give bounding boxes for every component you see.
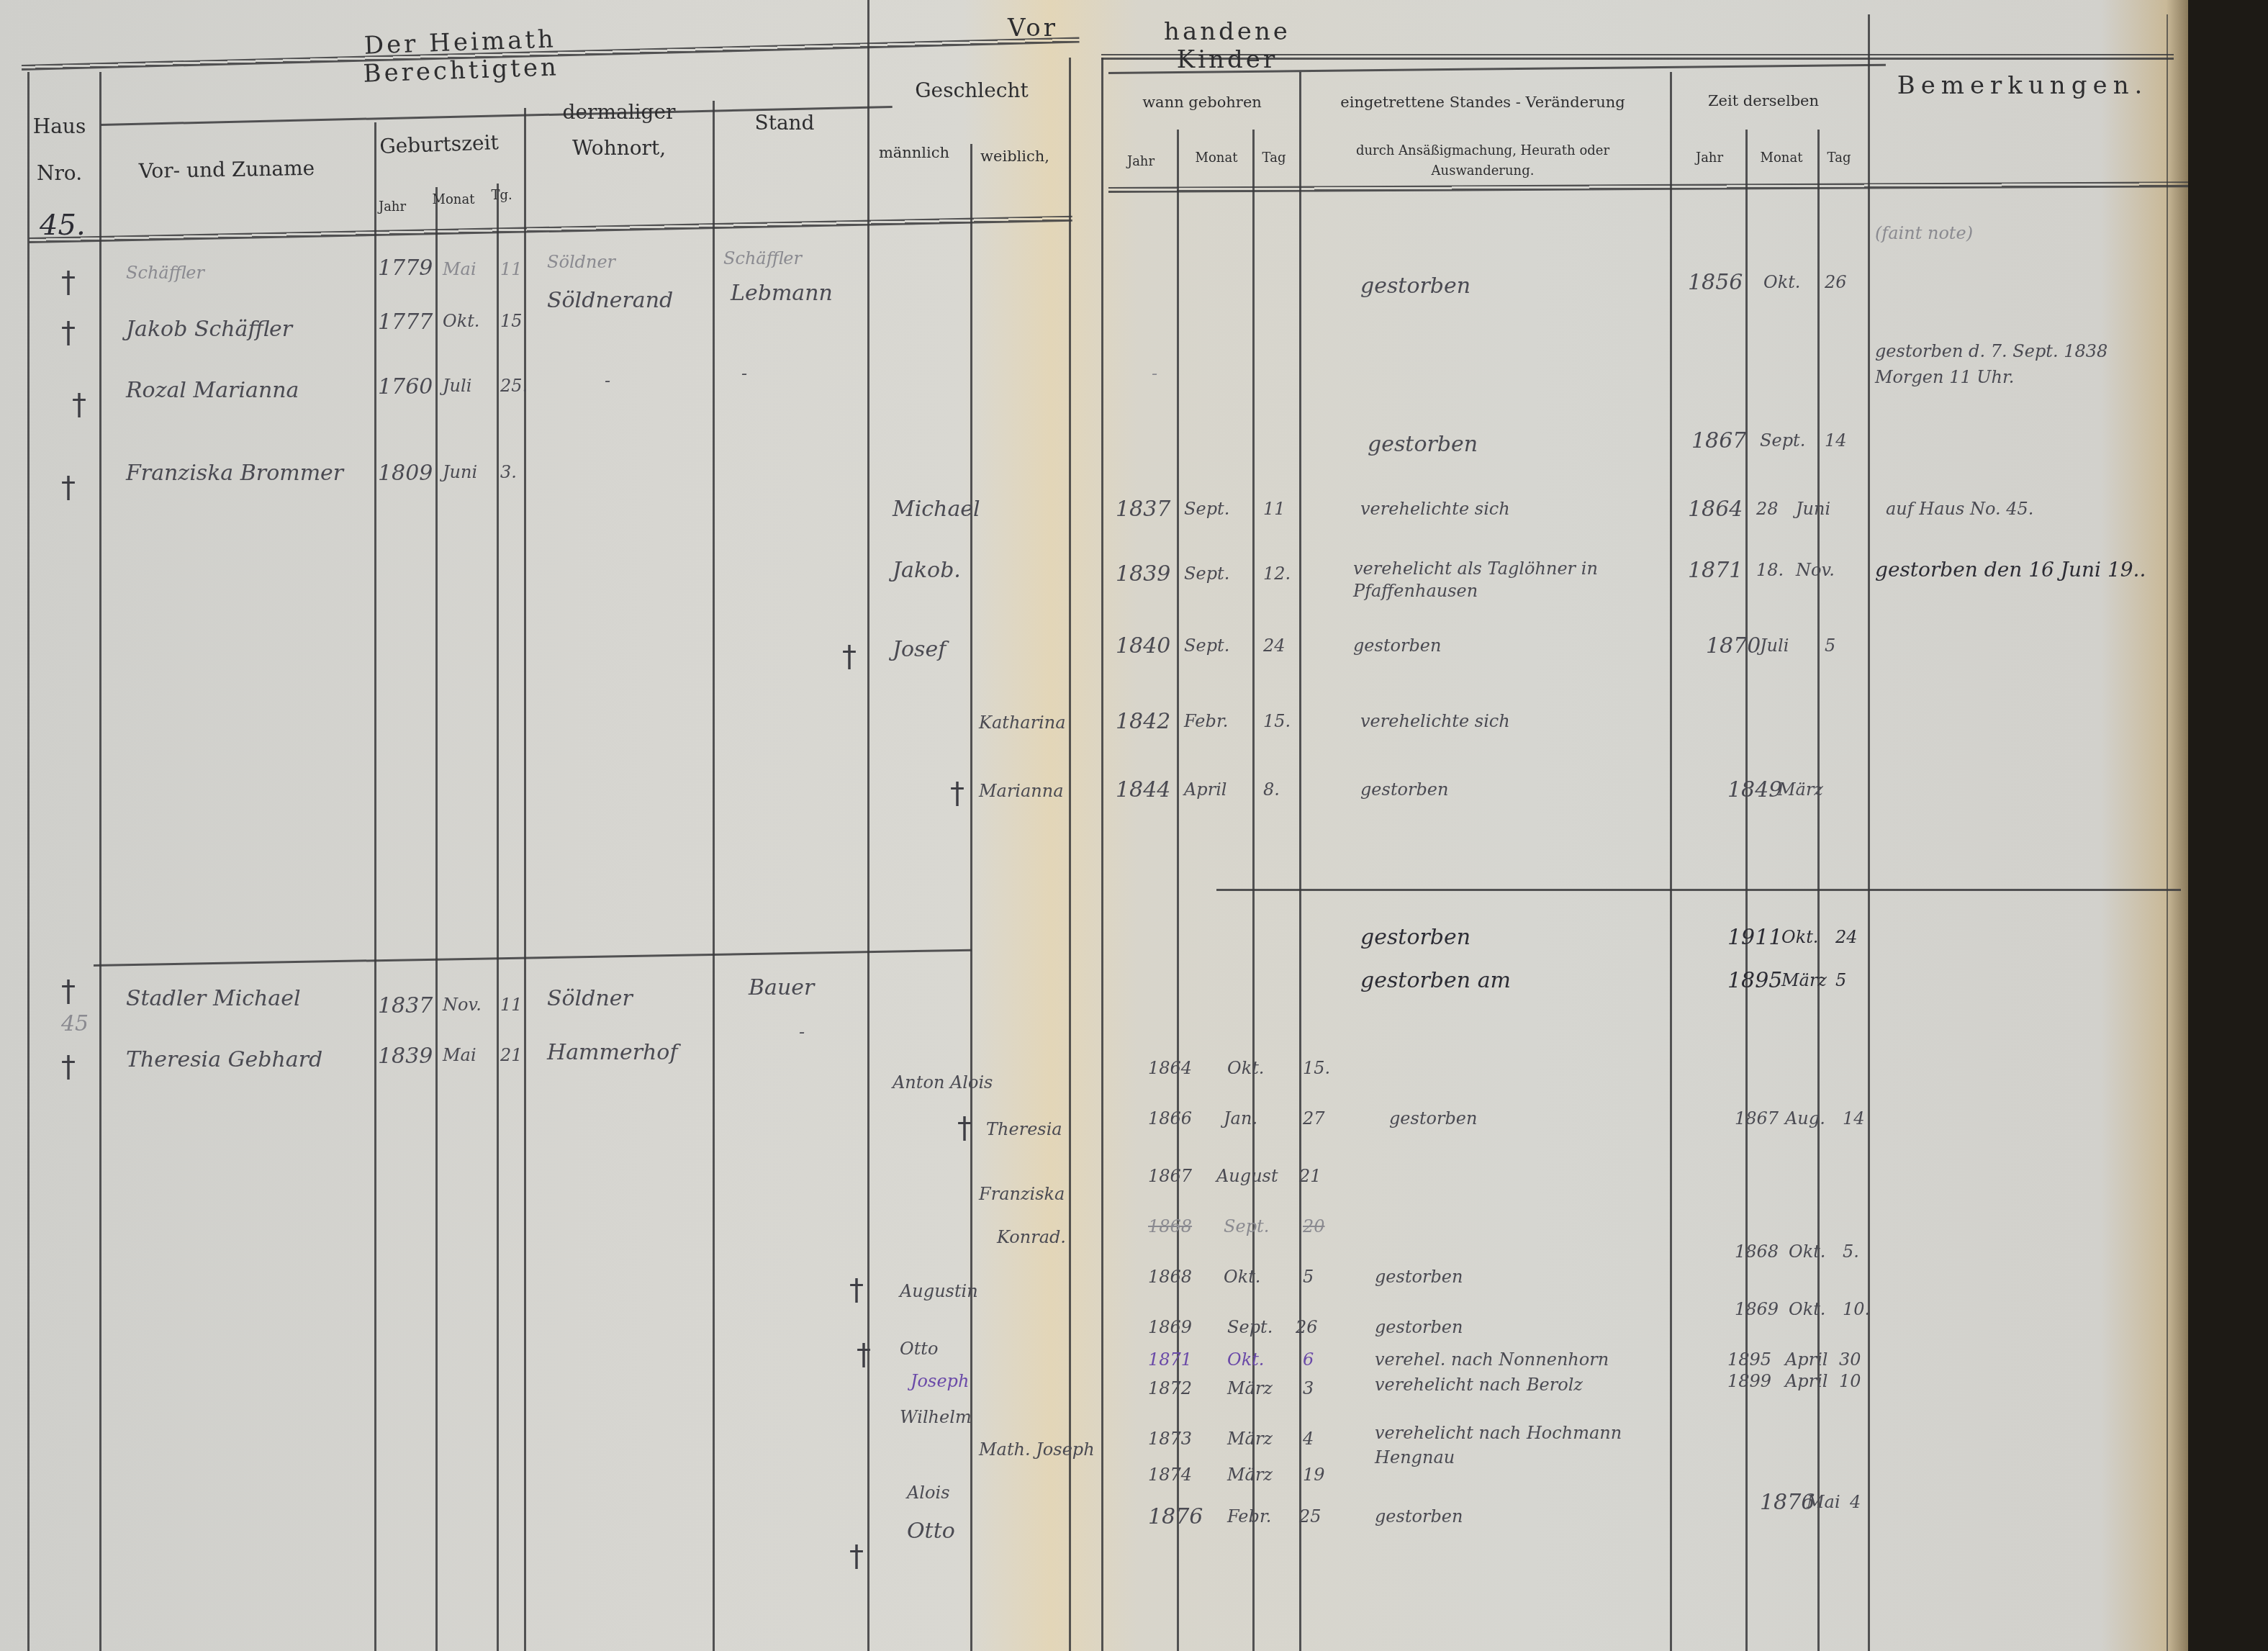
- header-bottom-rule: [29, 216, 1072, 243]
- child-name: Alois: [907, 1483, 949, 1503]
- col-birth-month: Monat: [425, 193, 482, 208]
- family-divider: [94, 949, 972, 967]
- change-text: -: [1152, 363, 1157, 384]
- child-change-month: Okt.: [1789, 1241, 1826, 1262]
- change-year: 1911: [1727, 925, 1782, 950]
- left-page: Der Heimath Berechtigten Vor Haus Nro. 4…: [0, 0, 1087, 1651]
- deceased-cross-icon: †: [61, 975, 76, 1008]
- entry-name: Jakob Schäffler: [126, 317, 292, 342]
- deceased-cross-icon: †: [849, 1274, 864, 1307]
- rule: [1868, 14, 1870, 1651]
- change-text: gestorben: [1368, 432, 1478, 457]
- entry-stand: -: [799, 1022, 805, 1042]
- child-day: 11: [1263, 499, 1286, 519]
- entry-residence: Hammerhof: [547, 1040, 678, 1065]
- change-month: Sept.: [1760, 430, 1805, 451]
- child-name: Marianna: [979, 781, 1064, 801]
- child-name: Joseph: [911, 1371, 969, 1391]
- deceased-cross-icon: †: [61, 317, 76, 350]
- entry-month: Mai: [443, 1045, 476, 1065]
- child-change: verehelicht nach Hochmann Hengnau: [1375, 1421, 1648, 1470]
- child-month: Jan.: [1224, 1108, 1257, 1128]
- rule: [27, 72, 30, 1651]
- child-change-day: 5: [1825, 635, 1835, 656]
- child-month: Okt.: [1224, 1267, 1261, 1287]
- entry-year: 1779: [378, 255, 433, 281]
- child-year: 1839: [1116, 561, 1170, 587]
- rule: [99, 72, 101, 1651]
- deceased-cross-icon: †: [857, 1339, 871, 1372]
- rule: [713, 101, 715, 1651]
- rule: [497, 184, 499, 1651]
- child-change-year: 1899: [1727, 1371, 1771, 1391]
- remark-text: (faint note): [1875, 223, 2149, 243]
- child-year: 1867: [1148, 1166, 1192, 1186]
- title-vor: Vor: [993, 14, 1072, 42]
- child-change-year: 1849: [1727, 777, 1782, 802]
- child-day: 24: [1263, 635, 1286, 656]
- col-geburtszeit: Geburtszeit: [360, 130, 519, 159]
- col-geschlecht: Geschlecht: [878, 79, 1065, 102]
- col-born: wann gebohren: [1105, 94, 1299, 111]
- child-month: Sept.: [1184, 635, 1229, 656]
- child-month: Febr.: [1227, 1506, 1271, 1526]
- child-day: 21: [1299, 1166, 1322, 1186]
- child-change-month: Aug.: [1785, 1108, 1825, 1128]
- child-change-day: 10: [1839, 1371, 1861, 1391]
- child-change-day: Juni: [1796, 499, 1830, 519]
- child-day: 20: [1303, 1216, 1325, 1236]
- col-time: Zeit derselben: [1670, 92, 1857, 109]
- child-month: Sept.: [1224, 1216, 1269, 1236]
- child-change: verehelichte sich: [1360, 499, 1510, 519]
- entry-stand: -: [741, 363, 747, 384]
- child-change-year: 1870: [1706, 633, 1761, 659]
- col-female: weiblich,: [968, 148, 1062, 165]
- entry-residence: Söldner: [547, 252, 615, 272]
- child-change: verehelicht nach Berolz: [1375, 1375, 1583, 1395]
- deceased-cross-icon: †: [72, 389, 86, 422]
- entry-residence: Söldnerand: [547, 288, 673, 313]
- entry-month: Okt.: [443, 311, 480, 331]
- change-month: März: [1781, 970, 1827, 990]
- rule: [1299, 72, 1301, 1651]
- child-name: Otto: [900, 1339, 938, 1359]
- child-change: verehel. nach Nonnenhorn: [1375, 1349, 1609, 1370]
- child-name: Anton Alois: [893, 1072, 993, 1093]
- change-year: 1867: [1691, 428, 1746, 453]
- col-t-month: Monat: [1745, 151, 1817, 166]
- entry-month: Juni: [443, 462, 477, 482]
- rule: [374, 122, 376, 1651]
- col-t-year: Jahr: [1673, 151, 1745, 166]
- child-year: 1869: [1148, 1317, 1192, 1337]
- child-change-year: 1869: [1735, 1299, 1779, 1319]
- family-divider: [1216, 889, 2181, 891]
- entry-year: 1837: [378, 993, 433, 1018]
- child-change-day: 4: [1850, 1492, 1861, 1512]
- title-heimath-berechtigten: Der Heimath Berechtigten: [273, 22, 649, 91]
- change-month: Okt.: [1763, 272, 1801, 292]
- child-name: Katharina: [979, 713, 1066, 733]
- deceased-cross-icon: †: [950, 777, 964, 810]
- register-book: Der Heimath Berechtigten Vor Haus Nro. 4…: [0, 0, 2188, 1651]
- child-change-month: 18.: [1756, 560, 1784, 580]
- change-text: gestorben: [1360, 273, 1470, 299]
- rule: [867, 0, 869, 1651]
- child-change-month: Mai: [1807, 1492, 1840, 1512]
- entry-year: 1760: [378, 374, 433, 399]
- entry-name: Rozal Marianna: [126, 378, 299, 403]
- child-day: 15.: [1263, 711, 1291, 731]
- entry-residence: Söldner: [547, 986, 633, 1011]
- child-month: August: [1216, 1166, 1278, 1186]
- child-change-day: 10.: [1843, 1299, 1870, 1319]
- change-day: 26: [1825, 272, 1847, 292]
- entry-house: 45: [61, 1011, 89, 1036]
- child-day: 5: [1303, 1267, 1314, 1287]
- house-number: 45.: [40, 209, 86, 242]
- entry-year: 1777: [378, 309, 433, 335]
- entry-year: 1809: [378, 461, 433, 486]
- col-change: eingetrettene Standes - Veränderung: [1303, 94, 1663, 111]
- child-change-year: 1864: [1688, 497, 1743, 522]
- remark-text: gestorben d. 7. Sept. 1838 Morgen 11 Uhr…: [1875, 338, 2149, 390]
- child-day: 12.: [1263, 564, 1291, 584]
- col-day: Tag: [1252, 151, 1296, 166]
- right-page: handene Kinder Bemerkungen. wann gebohre…: [1087, 0, 2188, 1651]
- child-year: 1873: [1148, 1429, 1192, 1449]
- rule: [435, 187, 438, 1651]
- child-day: 6: [1303, 1349, 1314, 1370]
- child-name: Jakob.: [893, 558, 961, 583]
- entry-day: 11: [500, 995, 523, 1015]
- child-name: Josef: [893, 637, 946, 662]
- col-name: Vor- und Zuname: [108, 156, 346, 184]
- col-residence-1: dermaliger: [533, 101, 705, 124]
- child-change: gestorben: [1375, 1506, 1463, 1526]
- deceased-cross-icon: †: [842, 641, 857, 674]
- child-change-year: 1867: [1735, 1108, 1779, 1128]
- col-year: Jahr: [1105, 155, 1177, 170]
- child-year: 1874: [1148, 1465, 1192, 1485]
- child-name: Augustin: [900, 1281, 978, 1301]
- child-year: 1868: [1148, 1267, 1192, 1287]
- deceased-cross-icon: †: [61, 471, 76, 505]
- col-birth-day: Tg.: [484, 189, 520, 204]
- child-change: gestorben: [1360, 779, 1448, 800]
- child-name: Michael: [893, 497, 980, 522]
- child-change: gestorben: [1375, 1267, 1463, 1287]
- col-t-day: Tag: [1817, 151, 1861, 166]
- child-day: 27: [1303, 1108, 1325, 1128]
- child-change-year: 1868: [1735, 1241, 1779, 1262]
- entry-stand: Schäffler: [723, 248, 802, 268]
- child-name: Theresia: [986, 1119, 1062, 1139]
- change-year: 1895: [1727, 968, 1782, 993]
- change-day: 5: [1835, 970, 1846, 990]
- child-change: gestorben: [1375, 1317, 1463, 1337]
- entry-stand: Lebmann: [731, 281, 833, 306]
- child-year: 1868: [1148, 1216, 1192, 1236]
- background-shadow: [2188, 0, 2268, 1651]
- child-month: Sept.: [1227, 1317, 1273, 1337]
- child-change: verehelicht als Taglöhner in Pfaffenhaus…: [1353, 558, 1655, 602]
- child-month: Febr.: [1184, 711, 1228, 731]
- child-name: Wilhelm: [900, 1407, 972, 1427]
- deceased-cross-icon: †: [849, 1540, 864, 1573]
- entry-day: 21: [500, 1045, 523, 1065]
- child-year: 1872: [1148, 1378, 1192, 1398]
- deceased-cross-icon: †: [61, 266, 76, 299]
- child-name: Konrad.: [997, 1227, 1066, 1247]
- child-name: Otto: [907, 1519, 955, 1544]
- child-change-year: 1895: [1727, 1349, 1771, 1370]
- rule: [1177, 130, 1179, 1651]
- child-day: 26: [1296, 1317, 1318, 1337]
- child-month: Sept.: [1184, 499, 1229, 519]
- rule: [2167, 14, 2168, 1651]
- child-change-day: 5.: [1843, 1241, 1859, 1262]
- change-text: gestorben am: [1360, 968, 1511, 993]
- child-year: 1840: [1116, 633, 1170, 659]
- entry-stand: Bauer: [749, 975, 814, 1000]
- col-stand: Stand: [713, 112, 857, 135]
- title-handene-kinder: handene Kinder: [1108, 18, 1346, 74]
- child-change-year: 1871: [1688, 558, 1743, 583]
- col-residence-2: Wohnort,: [533, 137, 705, 160]
- child-year: 1871: [1148, 1349, 1192, 1370]
- deceased-cross-icon: †: [61, 1051, 76, 1084]
- child-month: April: [1184, 779, 1227, 800]
- child-name: Franziska: [979, 1184, 1065, 1204]
- header-bottom-rule: [1108, 181, 2188, 193]
- col-change-sub-1: durch Ansäßigmachung, Heurath oder: [1303, 144, 1663, 159]
- change-day: 24: [1835, 927, 1858, 947]
- entry-day: 25.: [500, 376, 528, 396]
- child-change: gestorben: [1389, 1108, 1477, 1128]
- child-change-day: Nov.: [1796, 560, 1835, 580]
- entry-day: 11: [500, 259, 523, 279]
- change-day: 14: [1825, 430, 1847, 451]
- child-month: Sept.: [1184, 564, 1229, 584]
- child-change-month: April: [1785, 1371, 1828, 1391]
- child-month: März: [1227, 1429, 1273, 1449]
- child-day: 19: [1303, 1465, 1325, 1485]
- child-change-month: April: [1785, 1349, 1828, 1370]
- remark-text: gestorben den 16 Juni 19..: [1875, 558, 2146, 582]
- child-day: 8.: [1263, 779, 1280, 800]
- child-year: 1876: [1148, 1504, 1203, 1529]
- entry-month: Mai: [443, 259, 476, 279]
- child-year: 1837: [1116, 497, 1170, 522]
- child-year: 1866: [1148, 1108, 1192, 1128]
- entry-name: Theresia Gebhard: [126, 1047, 322, 1072]
- child-change: verehelichte sich: [1360, 711, 1510, 731]
- child-change-day: 14: [1843, 1108, 1865, 1128]
- child-change: gestorben: [1353, 635, 1441, 656]
- col-nro: Nro.: [25, 162, 94, 185]
- child-day: 4: [1303, 1429, 1314, 1449]
- col-haus: Haus: [25, 115, 94, 138]
- deceased-cross-icon: †: [957, 1112, 972, 1145]
- child-month: Okt.: [1227, 1058, 1265, 1078]
- child-change-month: Okt.: [1789, 1299, 1826, 1319]
- child-month: März: [1227, 1465, 1273, 1485]
- entry-year: 1839: [378, 1044, 433, 1069]
- rule: [1101, 58, 1103, 1651]
- col-male: männlich: [867, 144, 961, 161]
- entry-name: Stadler Michael: [126, 986, 301, 1011]
- child-change-month: Juli: [1760, 635, 1789, 656]
- child-change-day: 30: [1839, 1349, 1861, 1370]
- child-day: 3: [1303, 1378, 1314, 1398]
- col-remarks: Bemerkungen.: [1886, 72, 2159, 100]
- rule: [1069, 58, 1071, 1651]
- col-change-sub-2: Auswanderung.: [1303, 164, 1663, 179]
- rule: [524, 108, 526, 1651]
- child-day: 15.: [1303, 1058, 1330, 1078]
- child-month: Okt.: [1227, 1349, 1265, 1370]
- col-month: Monat: [1180, 151, 1252, 166]
- child-name: Math. Joseph: [979, 1439, 1095, 1460]
- entry-month: Juli: [443, 376, 471, 396]
- remark-text: auf Haus No. 45.: [1886, 499, 2033, 519]
- change-year: 1856: [1688, 270, 1743, 295]
- entry-month: Nov.: [443, 995, 482, 1015]
- entry-residence: -: [605, 371, 610, 391]
- entry-day: 3.: [500, 462, 517, 482]
- child-month: März: [1227, 1378, 1273, 1398]
- child-year: 1842: [1116, 709, 1170, 734]
- entry-name: Schäffler: [126, 263, 204, 283]
- child-year: 1864: [1148, 1058, 1192, 1078]
- child-year: 1844: [1116, 777, 1170, 802]
- child-change-month: 28: [1756, 499, 1779, 519]
- child-change-month: März: [1778, 779, 1823, 800]
- change-month: Okt.: [1781, 927, 1819, 947]
- entry-name: Franziska Brommer: [126, 461, 343, 486]
- rule: [1670, 72, 1672, 1651]
- entry-day: 15: [500, 311, 523, 331]
- change-text: gestorben: [1360, 925, 1470, 950]
- child-day: 25: [1299, 1506, 1322, 1526]
